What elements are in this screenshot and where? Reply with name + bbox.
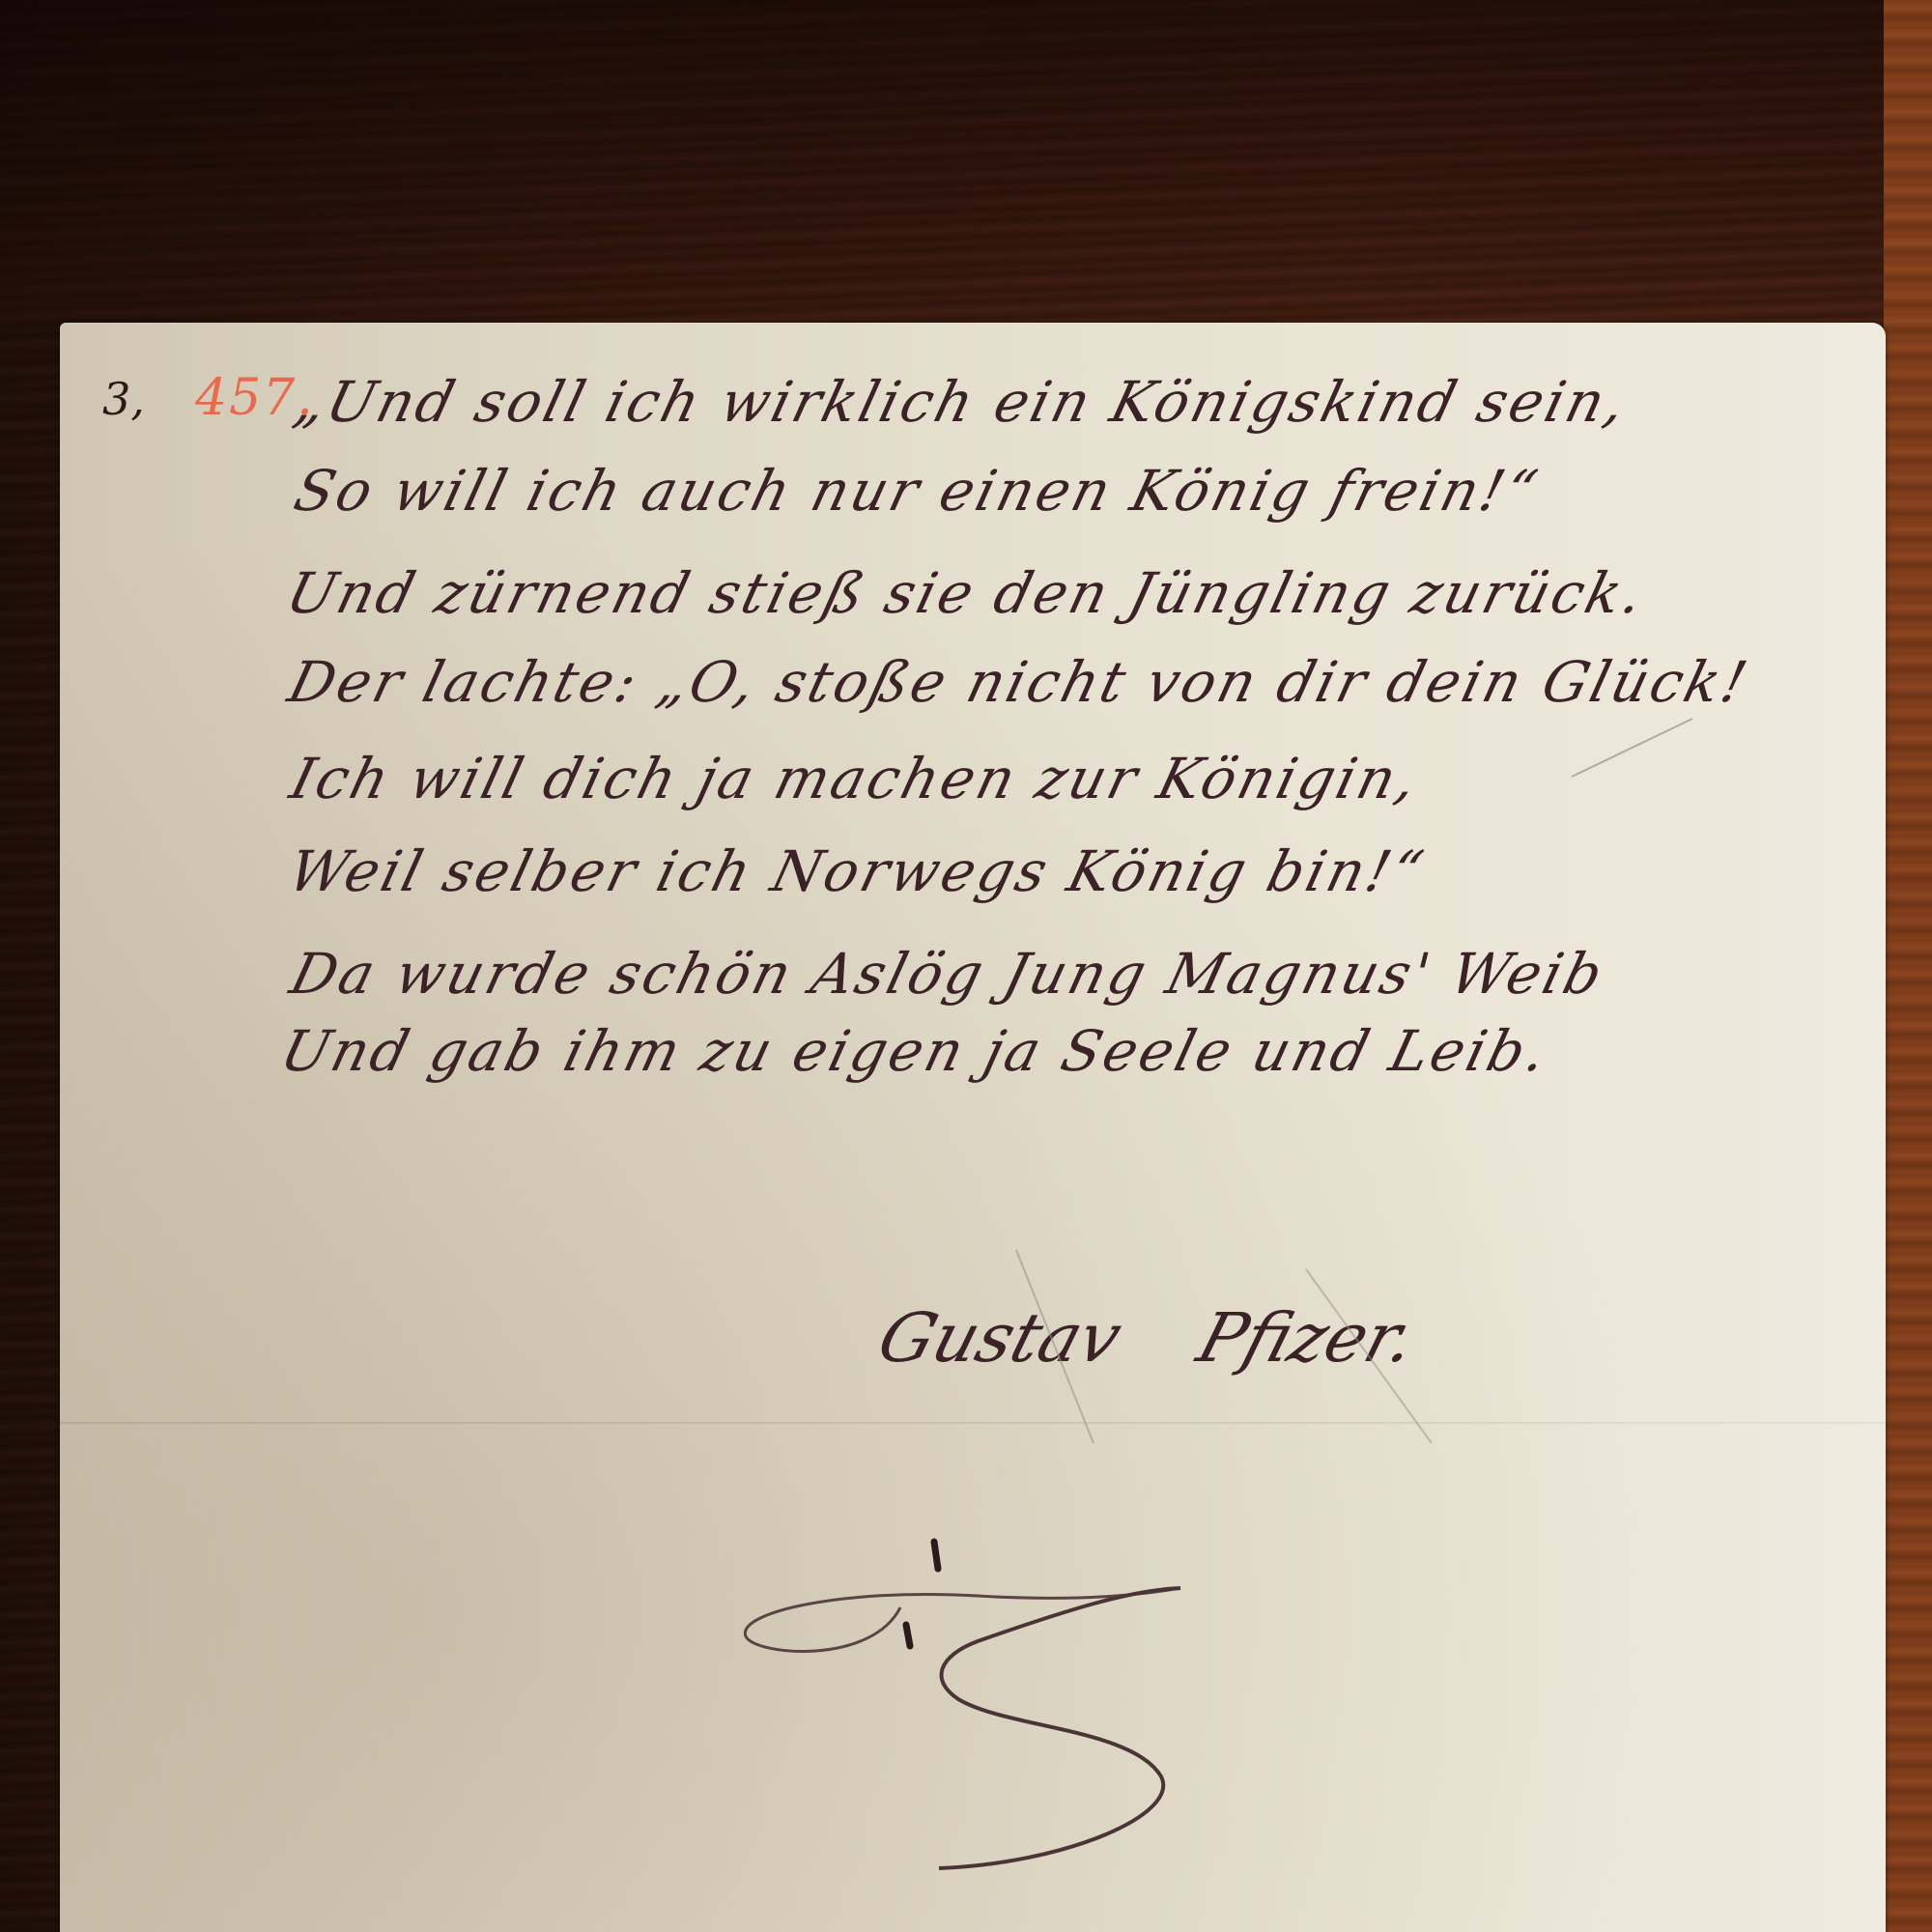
poem-line-4: Der lachte: „O, stoße nicht von dir dein… [282, 649, 1756, 715]
poem-line-1: „Und soll ich wirklich ein Königskind se… [288, 369, 1634, 435]
poem-line-2: So will ich auch nur einen König frein!“ [288, 458, 1547, 524]
pencil-strike-marks [949, 1250, 1625, 1463]
manuscript-page: 3, 457. „Und soll ich wirklich ein König… [60, 323, 1886, 1932]
pencil-stroke [1567, 709, 1702, 786]
signature-flourish-icon [726, 1520, 1267, 1926]
poem-line-3: Und zürnend stieß sie den Jüngling zurüc… [280, 560, 1653, 626]
wood-table-edge [1884, 0, 1932, 1932]
poem-line-6: Weil selber ich Norwegs König bin!“ [282, 838, 1433, 904]
poem-line-7: Da wurde schön Aslög Jung Magnus' Weib [284, 941, 1611, 1007]
archive-reference-prefix: 3, [102, 373, 145, 425]
poem-line-8: Und gab ihm zu eigen ja Seele und Leib. [274, 1018, 1556, 1084]
wood-table-background [0, 0, 1932, 319]
poem-line-5: Ich will dich ja machen zur Königin, [284, 746, 1427, 811]
